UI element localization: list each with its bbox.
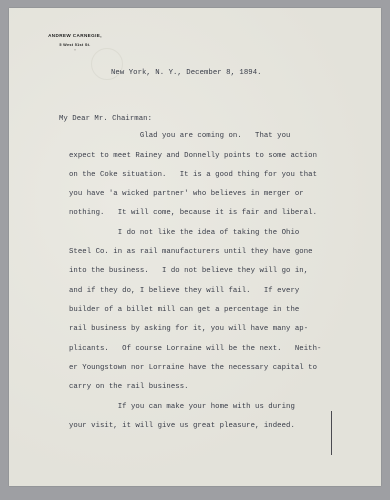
body-line: If you can make your home with us during: [69, 404, 295, 411]
body-line: builder of a billet mill can get a perce…: [69, 307, 299, 314]
margin-pencil-line: [331, 411, 332, 455]
letter-page: ANDREW CARNEGIE, 5 West 51st St. " New Y…: [9, 8, 381, 486]
body-line: Glad you are coming on. That you: [69, 133, 290, 140]
body-line: expect to meet Rainey and Donnelly point…: [69, 153, 317, 160]
body-line: nothing. It will come, because it is fai…: [69, 210, 317, 217]
body-line: and if they do, I believe they will fail…: [69, 288, 299, 295]
letterhead-address: 5 West 51st St.: [40, 43, 110, 47]
letter-salutation: My Dear Mr. Chairman:: [59, 116, 152, 123]
body-line: I do not like the idea of taking the Ohi…: [69, 230, 299, 237]
body-line: er Youngstown nor Lorraine have the nece…: [69, 365, 317, 372]
body-line: plicants. Of course Lorraine will be the…: [69, 346, 321, 353]
letter-date: New York, N. Y., December 8, 1894.: [111, 70, 262, 77]
body-line: carry on the rail business.: [69, 384, 189, 391]
letterhead-name: ANDREW CARNEGIE,: [40, 33, 110, 38]
letterhead-mark: ": [40, 48, 110, 53]
body-line: on the Coke situation. It is a good thin…: [69, 172, 317, 179]
body-line: rail business by asking for it, you will…: [69, 326, 308, 333]
body-line: Steel Co. in as rail manufacturers until…: [69, 249, 313, 256]
body-line: your visit, it will give us great pleasu…: [69, 423, 295, 430]
body-line: you have 'a wicked partner' who believes…: [69, 191, 304, 198]
body-line: into the business. I do not believe they…: [69, 268, 308, 275]
letterhead: ANDREW CARNEGIE, 5 West 51st St. ": [40, 33, 110, 53]
